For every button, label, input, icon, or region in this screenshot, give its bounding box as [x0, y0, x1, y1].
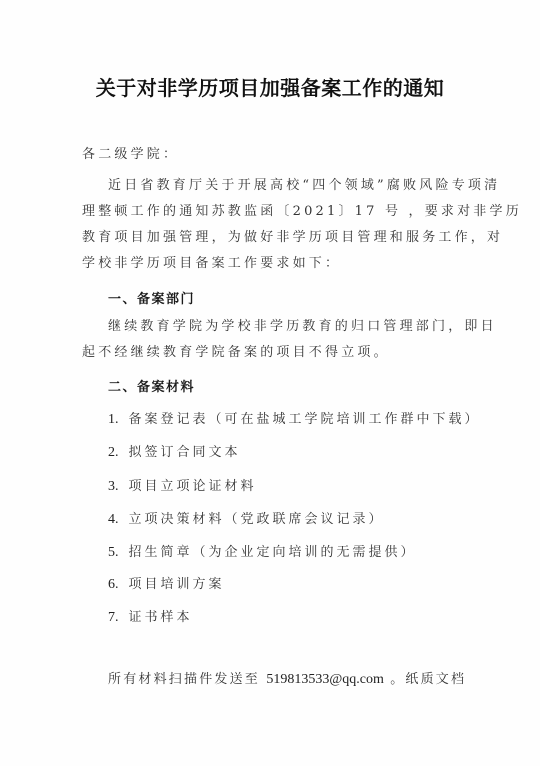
- list-item: 4.立项决策材料（党政联席会议记录）: [108, 508, 385, 528]
- list-item: 6.项目培训方案: [108, 573, 225, 593]
- intro-line: 学校非学历项目备案工作要求如下：: [82, 255, 462, 273]
- closing-line: 所有材料扫描件发送至 519813533@qq.com 。纸质文档: [108, 671, 462, 689]
- closing-suffix: 。纸质文档: [390, 672, 466, 687]
- list-text: 备案登记表（可在盐城工学院培训工作群中下载）: [129, 412, 481, 427]
- list-text: 证书样本: [129, 610, 193, 625]
- section-heading-materials: 二、备案材料: [108, 376, 195, 395]
- list-item: 3.项目立项论证材料: [108, 475, 257, 495]
- section1-line: 起不经继续教育学院备案的项目不得立项。: [82, 344, 462, 362]
- salutation: 各二级学院：: [82, 146, 462, 164]
- intro-line: 理整顿工作的通知苏教监函〔2021〕17 号 ，要求对非学历: [82, 203, 462, 221]
- list-number: 1.: [108, 412, 119, 427]
- document-page: 关于对非学历项目加强备案工作的通知 各二级学院： 近日省教育厅关于开展高校“四个…: [0, 0, 540, 766]
- list-text: 招生简章（为企业定向培训的无需提供）: [129, 545, 417, 560]
- intro-line: 教育项目加强管理，为做好非学历项目管理和服务工作，对: [82, 229, 462, 247]
- list-number: 4.: [108, 512, 119, 527]
- list-item: 5.招生简章（为企业定向培训的无需提供）: [108, 541, 417, 561]
- list-text: 立项决策材料（党政联席会议记录）: [129, 512, 385, 527]
- intro-line: 近日省教育厅关于开展高校“四个领域”腐败风险专项清: [108, 177, 462, 195]
- list-number: 6.: [108, 577, 119, 592]
- list-item: 1.备案登记表（可在盐城工学院培训工作群中下载）: [108, 408, 481, 428]
- document-title: 关于对非学历项目加强备案工作的通知: [0, 72, 540, 101]
- section1-line: 继续教育学院为学校非学历教育的归口管理部门，即日: [108, 318, 462, 336]
- list-text: 拟签订合同文本: [129, 445, 241, 460]
- list-item: 2.拟签订合同文本: [108, 441, 241, 461]
- list-number: 2.: [108, 445, 119, 460]
- list-text: 项目立项论证材料: [129, 479, 257, 494]
- list-item: 7.证书样本: [108, 606, 193, 626]
- list-text: 项目培训方案: [129, 577, 225, 592]
- list-number: 3.: [108, 479, 119, 494]
- list-number: 5.: [108, 545, 119, 560]
- list-number: 7.: [108, 610, 119, 625]
- email-address: 519813533@qq.com: [266, 672, 384, 687]
- section-heading-department: 一、备案部门: [108, 288, 195, 307]
- closing-prefix: 所有材料扫描件发送至: [108, 672, 260, 687]
